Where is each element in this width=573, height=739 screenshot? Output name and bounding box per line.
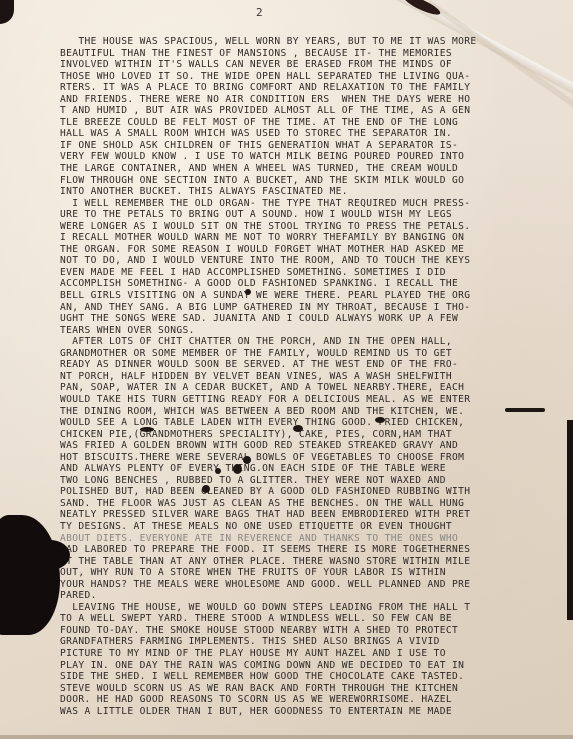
page-bottom-edge — [0, 735, 573, 739]
text-line: AND FRIENDS. THERE WERE NO AIR CONDITION… — [60, 94, 573, 106]
ink-blot — [140, 427, 154, 432]
document-body: THE HOUSE WAS SPACIOUS, WELL WORN BY YEA… — [60, 36, 573, 717]
text-line: NEATLY PRESSED SILVER WARE BAGS THAT HAD… — [60, 509, 573, 521]
text-line: WERE LONGER AS I WOULD SIT ON THE STOOL … — [60, 221, 573, 233]
text-line: NOT TO DO, AND I WOULD VENTURE INTO THE … — [60, 255, 573, 267]
text-line: URE TO THE PETALS TO BRING OUT A SOUND. … — [60, 209, 573, 221]
text-line: STEVE WOULD SCORN US AS WE RAN BACK AND … — [60, 683, 573, 695]
text-line: DOOR. HE HAD GOOD REASONS TO SCORN US AS… — [60, 694, 573, 706]
ink-smear — [505, 408, 545, 412]
text-line: ACCOMPLISH SOMETHING- A GOOD OLD FASHION… — [60, 278, 573, 290]
text-line: WAS FRIED A GOLDEN BROWN WITH GOOD RED S… — [60, 440, 573, 452]
text-line: PICTURE TO MY MIND OF THE PLAY HOUSE MY … — [60, 648, 573, 660]
text-line: EVEN MADE ME FEEL I HAD ACCOMPLISHED SOM… — [60, 267, 573, 279]
text-line: OUT, WHY RUN TO A STORE WHEN THE FRUITS … — [60, 567, 573, 579]
text-line: HAD LABORED TO PREPARE THE FOOD. IT SEEM… — [60, 544, 573, 556]
text-line: FLOW THROUGH ONE SECTION INTO A BUCKET, … — [60, 175, 573, 187]
text-line: THE HOUSE WAS SPACIOUS, WELL WORN BY YEA… — [60, 36, 573, 48]
text-line: TY DESIGNS. AT THESE MEALS NO ONE USED E… — [60, 521, 573, 533]
text-line: INVOLVED WITHIN IT'S WALLS CAN NEVER BE … — [60, 59, 573, 71]
text-line: NT PORCH, HALF HIDDEN BY VELVET BEAN VIN… — [60, 371, 573, 383]
text-line: TEARS WHEN OVER SONGS. — [60, 325, 573, 337]
text-line: BEAUTIFUL THAN THE FINEST OF MANSIONS , … — [60, 48, 573, 60]
text-line: HALL WAS A SMALL ROOM WHICH WAS USED TO … — [60, 128, 573, 140]
text-line: T AND HUMID , BUT AIR WAS PROVIDED ALMOS… — [60, 105, 573, 117]
typewritten-page: 2 THE HOUSE WAS SPACIOUS, WELL WORN BY Y… — [0, 0, 573, 739]
text-line: TWO LONG BENCHES , RUBBED TO A GLITTER. … — [60, 475, 573, 487]
text-line: PAN, SOAP, WATER IN A CEDAR BUCKET, AND … — [60, 382, 573, 394]
text-line: LEAVING THE HOUSE, WE WOULD GO DOWN STEP… — [60, 602, 573, 614]
text-line: AFTER LOTS OF CHIT CHATTER ON THE PORCH,… — [60, 336, 573, 348]
text-line: AN, AND THEY SANG. A BIG LUMP GATHERED I… — [60, 302, 573, 314]
text-line: WOULD TAKE HIS TURN GETTING READY FOR A … — [60, 394, 573, 406]
text-line: ABOUT DIETS. EVERYONE ATE IN REVERENCE A… — [60, 533, 573, 545]
ink-blot — [293, 425, 303, 432]
dark-background-corner — [0, 0, 14, 24]
text-line: THE DINING ROOM, WHICH WAS BETWEEN A BED… — [60, 406, 573, 418]
text-line: AND ALWAYS PLENTY OF EVERY THING.ON EACH… — [60, 463, 573, 475]
text-line: HOT BISCUITS.THERE WERE SEVERAL BOWLS OF… — [60, 452, 573, 464]
text-line: WOULD SEE A LONG TABLE LADEN WITH EVERY … — [60, 417, 573, 429]
text-line: POLISHED BUT, HAD BEEN CLEANED BY A GOOD… — [60, 486, 573, 498]
text-line: SAND. THE FLOOR WAS JUST AS CLEAN AS THE… — [60, 498, 573, 510]
text-line: GRANDMOTHER OR SOME MEMBER OF THE FAMILY… — [60, 348, 573, 360]
ink-blot — [375, 417, 385, 423]
text-line: SIDE THE SHED. I WELL REMEMBER HOW GOOD … — [60, 671, 573, 683]
text-line: READY AS DINNER WOULD SOON BE SERVED. AT… — [60, 359, 573, 371]
text-line: WAS A LITTLE OLDER THAN I BUT, HER GOODN… — [60, 706, 573, 718]
text-line: THE LARGE CONTAINER, AND WHEN A WHEEL WA… — [60, 163, 573, 175]
text-line: GRANDFATHERS FARMING IMPLEMENTS. THIS SH… — [60, 636, 573, 648]
text-line: IF ONE SHOLD ASK CHILDREN OF THIS GENERA… — [60, 140, 573, 152]
text-line: VERY FEW WOULD KNOW . I USE TO WATCH MIL… — [60, 151, 573, 163]
torn-edge — [30, 540, 70, 570]
text-line: TO A WELL SWEPT YARD. THERE STOOD A WIND… — [60, 613, 573, 625]
ink-blot — [215, 468, 221, 474]
text-line: I RECALL MOTHER WOULD WARN ME NOT TO WOR… — [60, 232, 573, 244]
text-line: PLAY IN. ONE DAY THE RAIN WAS COMING DOW… — [60, 660, 573, 672]
text-line: THOSE WHO LOVED IT SO. THE WIDE OPEN HAL… — [60, 71, 573, 83]
text-line: CHICKEN PIE,(GRANDMOTHERS SPECIALITY), C… — [60, 429, 573, 441]
ink-blot — [245, 289, 251, 295]
dark-background-edge — [567, 420, 573, 620]
text-line: AT THE TABLE THAN AT ANY OTHER PLACE. TH… — [60, 556, 573, 568]
text-line: UGHT THE SONGS WERE SAD. JUANITA AND I C… — [60, 313, 573, 325]
text-line: I WELL REMEMBER THE OLD ORGAN- THE TYPE … — [60, 198, 573, 210]
ink-blot — [233, 464, 242, 474]
text-line: PARED. — [60, 590, 573, 602]
text-line: THE ORGAN. FOR SOME REASON I WOULD FORGE… — [60, 244, 573, 256]
text-line: TLE BREEZE COULD BE FELT MOST OF THE TIM… — [60, 117, 573, 129]
ink-blot — [202, 485, 210, 493]
ink-blot — [243, 456, 251, 464]
text-line: BELL GIRLS VISITING ON A SUNDAY WE WERE … — [60, 290, 573, 302]
text-line: RTERS. IT WAS A PLACE TO BRING COMFORT A… — [60, 82, 573, 94]
text-line: INTO ANOTHER BUCKET. THIS ALWAYS FASCINA… — [60, 186, 573, 198]
page-number: 2 — [256, 6, 263, 19]
text-line: YOUR HANDS? THE MEALS WERE WHOLESOME AND… — [60, 579, 573, 591]
torn-edge — [0, 515, 60, 635]
text-line: FOUND TO-DAY. THE SMOKE HOUSE STOOD NEAR… — [60, 625, 573, 637]
